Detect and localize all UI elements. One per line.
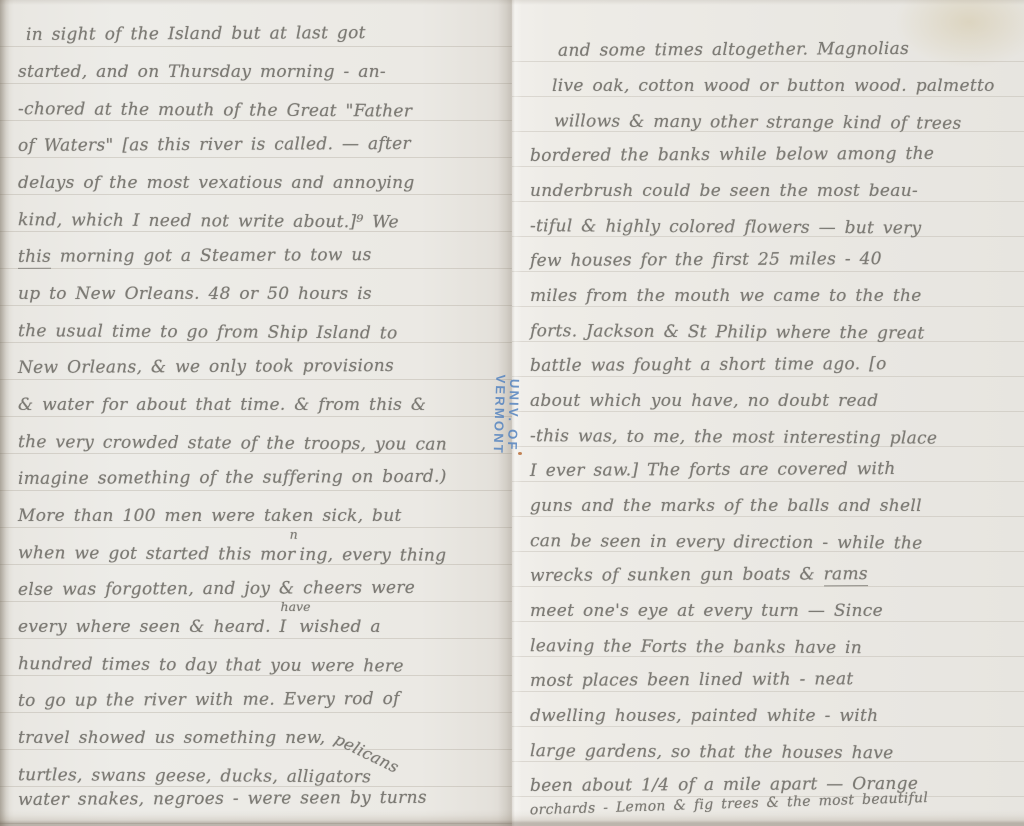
handwritten-line: guns and the marks of the balls and shel… [512, 491, 1024, 526]
handwritten-line: else was forgotten, and joy & cheers wer… [0, 572, 512, 612]
handwritten-line: and some times altogether. Magnolias [512, 33, 1024, 71]
line-text: when we got started this mor [18, 543, 296, 565]
handwritten-line: battle was fought a short time ago. [o [512, 348, 1024, 386]
handwritten-line: this morning got a Steamer to tow us [0, 239, 512, 279]
handwritten-line: miles from the mouth we came to the the [512, 281, 1024, 316]
handwritten-line: every where seen & heard. Ihave wished a [0, 612, 512, 649]
handwritten-line: few houses for the first 25 miles - 40 [512, 243, 1024, 281]
handwritten-line: up to New Orleans. 48 or 50 hours is [0, 279, 512, 316]
page-right-text: and some times altogether. Magnolias liv… [512, 36, 1024, 826]
handwritten-line: delays of the most vexatious and annoyin… [0, 168, 512, 205]
handwritten-line: to go up the river with me. Every rod of [0, 683, 512, 723]
line-text: travel showed us something new, [18, 728, 334, 748]
handwritten-line: dwelling houses, painted white - with [512, 701, 1024, 736]
handwritten-line: imagine something of the suffering on bo… [0, 461, 512, 501]
handwritten-line: underbrush could be seen the most beau- [512, 176, 1024, 211]
handwritten-line: More than 100 men were taken sick, but [0, 501, 512, 538]
line-text: ing, every thing [299, 545, 446, 566]
page-right: and some times altogether. Magnolias liv… [512, 0, 1024, 826]
handwritten-line: wrecks of sunken gun boats & rams [512, 558, 1024, 596]
handwritten-line: about which you have, no doubt read [512, 386, 1024, 421]
letter-scan: in sight of the Island but at last got s… [0, 0, 1024, 826]
handwritten-line: in sight of the Island but at last got [0, 17, 512, 57]
handwritten-line: travel showed us something new, pelicans [0, 723, 512, 760]
handwritten-line: & water for about that time. & from this… [0, 390, 512, 427]
page-left-text: in sight of the Island but at last got s… [0, 20, 512, 822]
handwritten-line: meet one's eye at every turn — Since [512, 596, 1024, 631]
underlined-word: this [18, 247, 51, 269]
line-text: wrecks of sunken gun boats & [530, 564, 824, 586]
handwritten-line: most places been lined with - neat [512, 663, 1024, 701]
line-text: morning got a Steamer to tow us [51, 245, 372, 267]
page-left: in sight of the Island but at last got s… [0, 0, 512, 826]
line-text: every where seen & heard. I [18, 617, 287, 637]
handwritten-line: started, and on Thursday morning - an- [0, 57, 512, 94]
handwritten-line: bordered the banks while below among the [512, 138, 1024, 176]
handwritten-line: New Orleans, & we only took provisions [0, 350, 512, 390]
underlined-word: rams [824, 564, 868, 586]
handwritten-line: live oak, cotton wood or button wood. pa… [512, 71, 1024, 106]
handwritten-line: I ever saw.] The forts are covered with [512, 453, 1024, 491]
handwritten-line: of Waters" [as this river is called. — a… [0, 128, 512, 168]
handwritten-line: water snakes, negroes - were seen by tur… [0, 782, 512, 822]
